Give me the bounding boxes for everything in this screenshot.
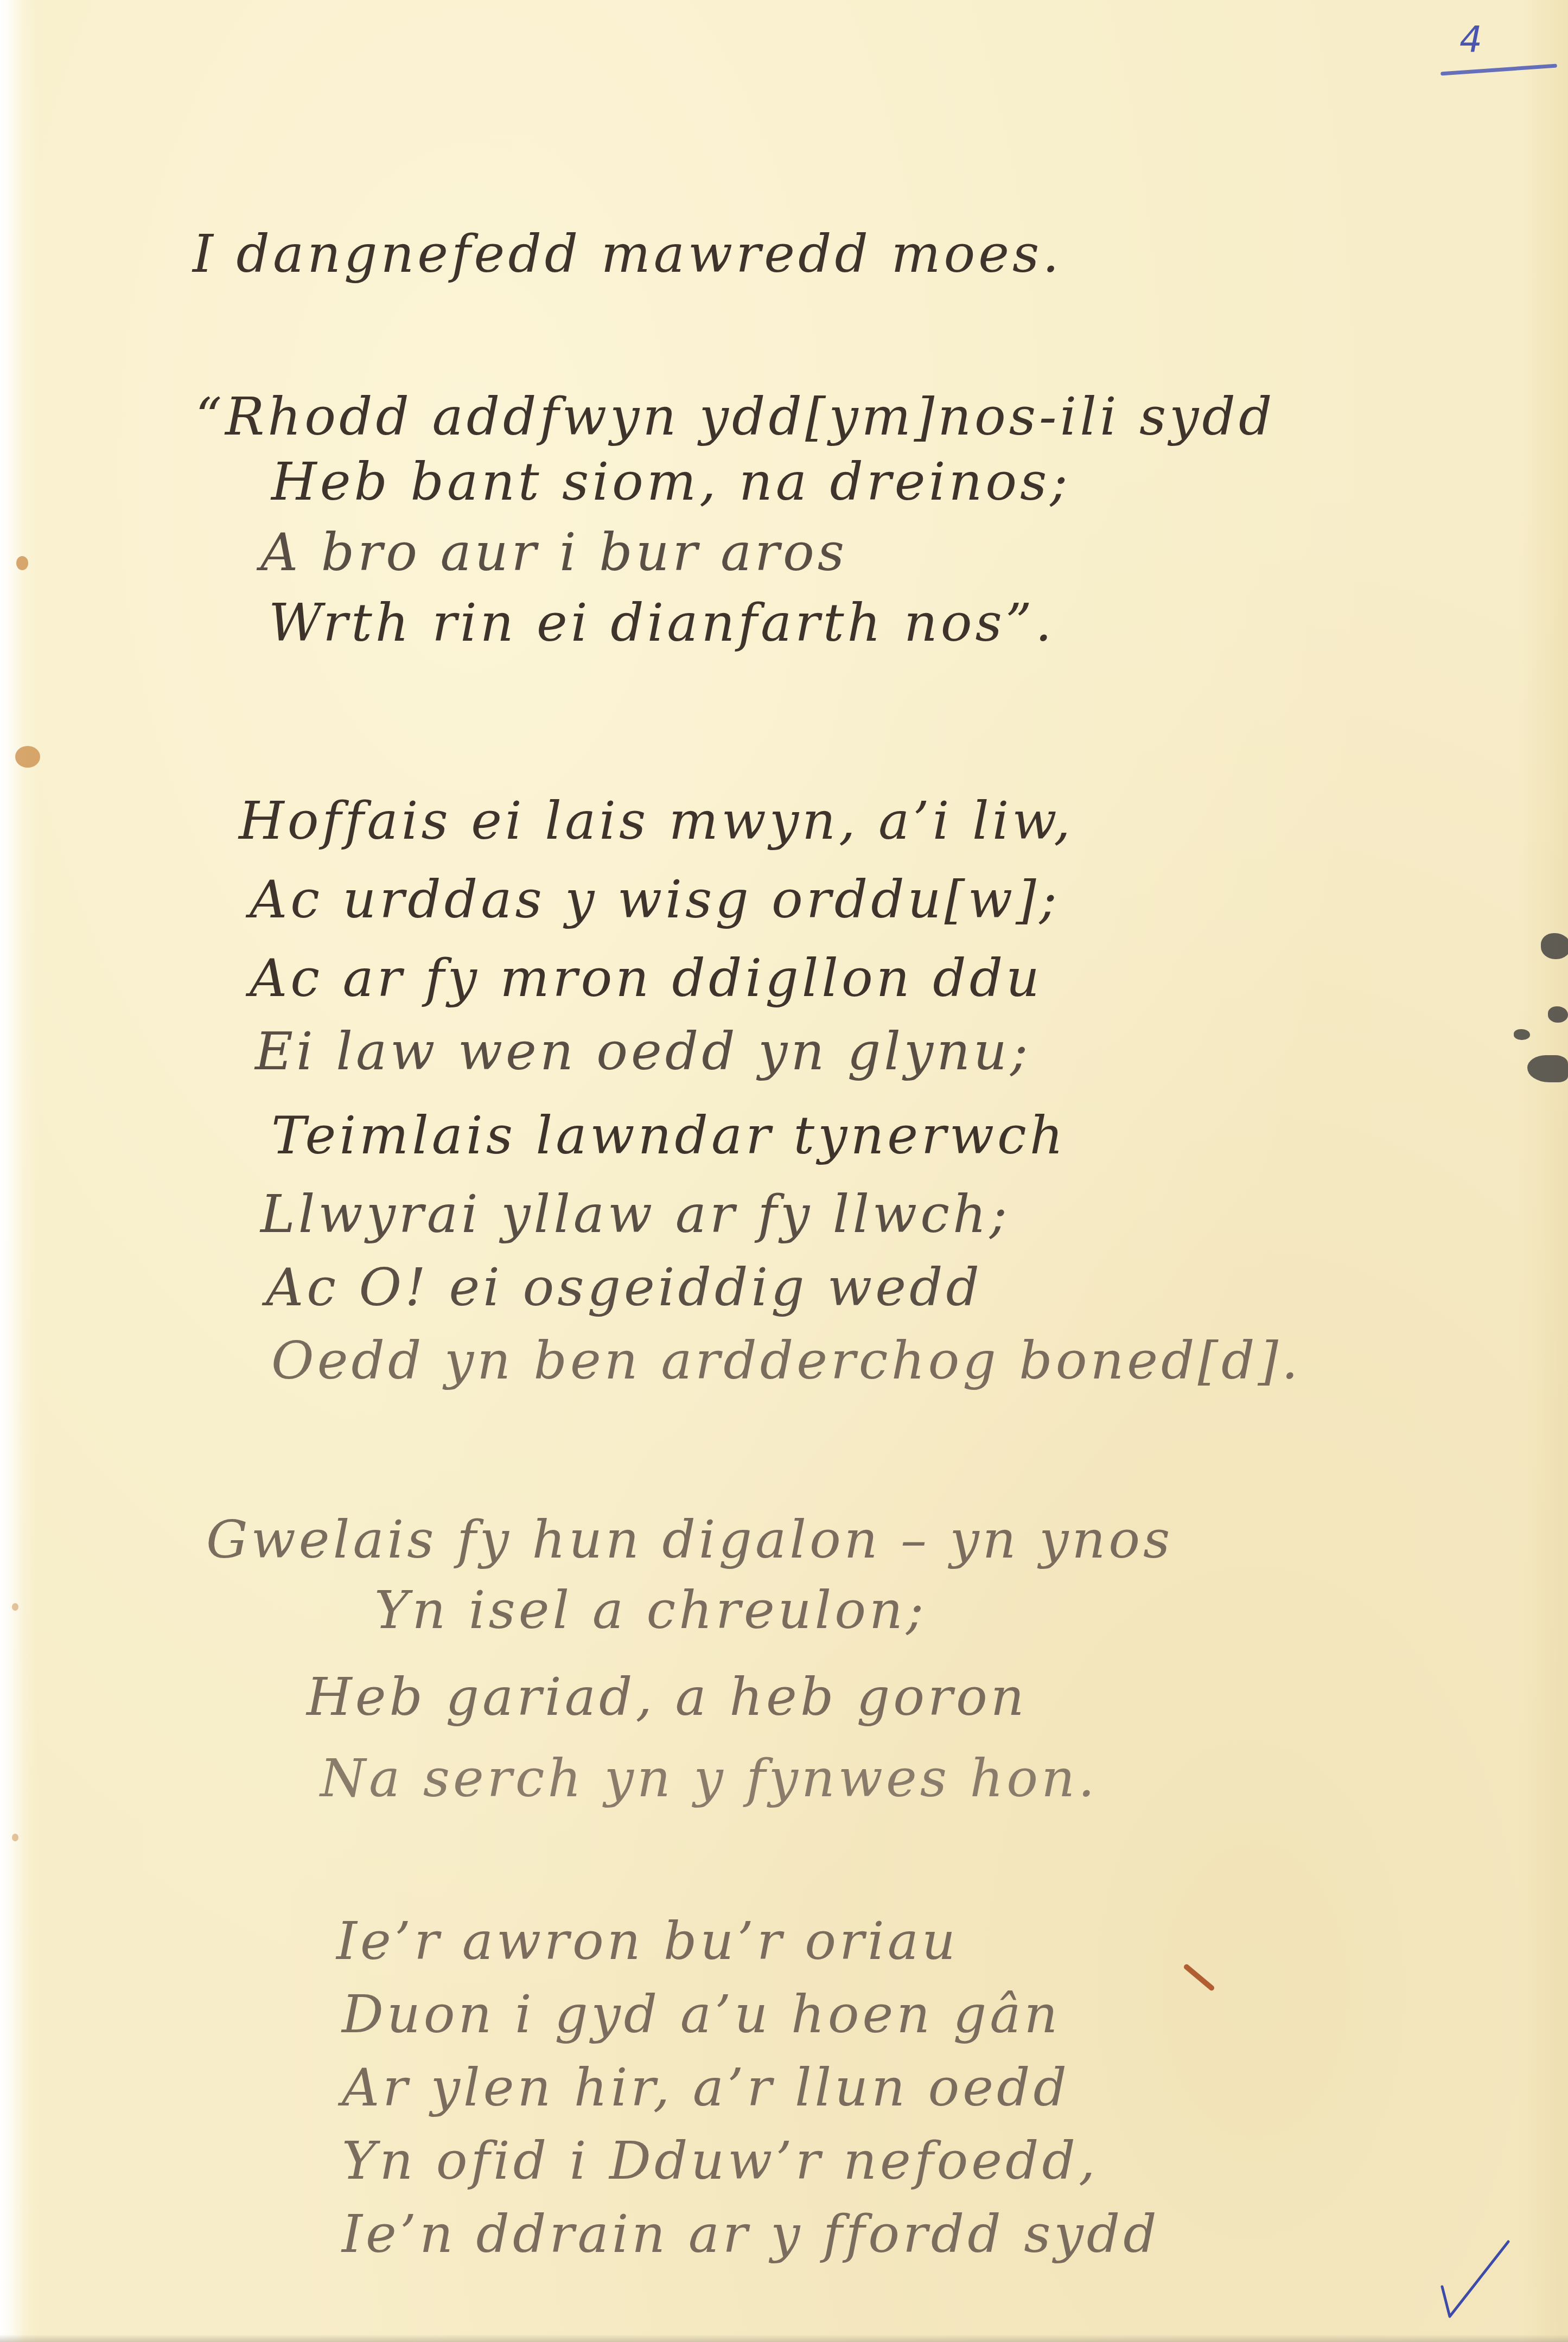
poem-line: Wrth rin ei dianfarth nos”. [269, 597, 1055, 649]
poem-line: Ac ar fy mron ddigllon ddu [250, 952, 1043, 1004]
poem: I dangnefedd mawredd moes. “Rhodd addfwy… [0, 0, 1568, 2342]
poem-line: Ie’r awron bu’r oriau [336, 1915, 959, 1967]
poem-line: Ac urddas y wisg orddu[w]; [250, 873, 1060, 926]
poem-line: Heb bant siom, na dreinos; [271, 456, 1071, 508]
poem-line: Ie’n ddrain ar y ffordd sydd [342, 2208, 1160, 2260]
checkmark-icon [1438, 2235, 1514, 2322]
poem-line: A bro aur i bur aros [260, 526, 847, 578]
poem-line: “Rhodd addfwyn ydd[ym]nos-ili sydd [195, 391, 1276, 443]
poem-line: Yn ofid i Dduw’r nefoedd, [342, 2135, 1098, 2187]
poem-line: I dangnefedd mawredd moes. [193, 228, 1062, 280]
poem-line: Ar ylen hir, a’r llun oedd [342, 2062, 1070, 2114]
poem-line: Duon i gyd a’u hoen gân [342, 1988, 1061, 2040]
poem-line: Ei law wen oedd yn glynu; [255, 1025, 1031, 1077]
poem-line: Oedd yn ben ardderchog boned[d]. [271, 1335, 1301, 1387]
poem-line: Na serch yn y fynwes hon. [320, 1752, 1098, 1804]
poem-line: Teimlais lawndar tynerwch [271, 1109, 1067, 1162]
poem-line: Yn isel a chreulon; [374, 1584, 927, 1636]
manuscript-page: 4 I dangnefedd mawredd moes. “Rhodd addf… [0, 0, 1568, 2342]
poem-line: Heb gariad, a heb goron [307, 1671, 1028, 1723]
poem-line: Llwyrai yllaw ar fy llwch; [260, 1188, 1010, 1240]
poem-line: Ac O! ei osgeiddig wedd [266, 1261, 983, 1313]
poem-line: Gwelais fy hun digalon – yn ynos [206, 1514, 1173, 1566]
poem-line: Hoffais ei lais mwyn, a’i liw, [239, 795, 1074, 847]
